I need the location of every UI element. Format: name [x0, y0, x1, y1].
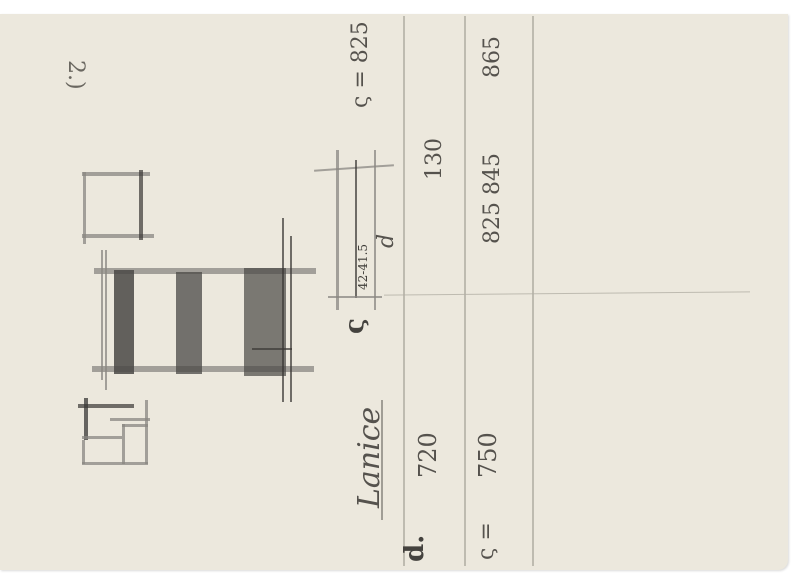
row-label-s: ς = [474, 522, 499, 560]
equation-s-825: ς = 825 [348, 21, 373, 108]
header-symbol-s: ς [340, 318, 370, 334]
value-s-825-845: 825 845 [480, 153, 505, 244]
row-label-d: d. [400, 535, 430, 562]
dimension-label: 42-41.5 [356, 244, 370, 290]
value-s-750: 750 [474, 432, 502, 478]
title-lanice: Lanice [352, 407, 387, 508]
dimension-symbol-d: d [374, 234, 399, 248]
value-d-720: 720 [414, 432, 442, 478]
value-s-865: 865 [480, 36, 505, 78]
page-marker: 2.) [63, 60, 88, 90]
value-d-130: 130 [422, 138, 447, 180]
